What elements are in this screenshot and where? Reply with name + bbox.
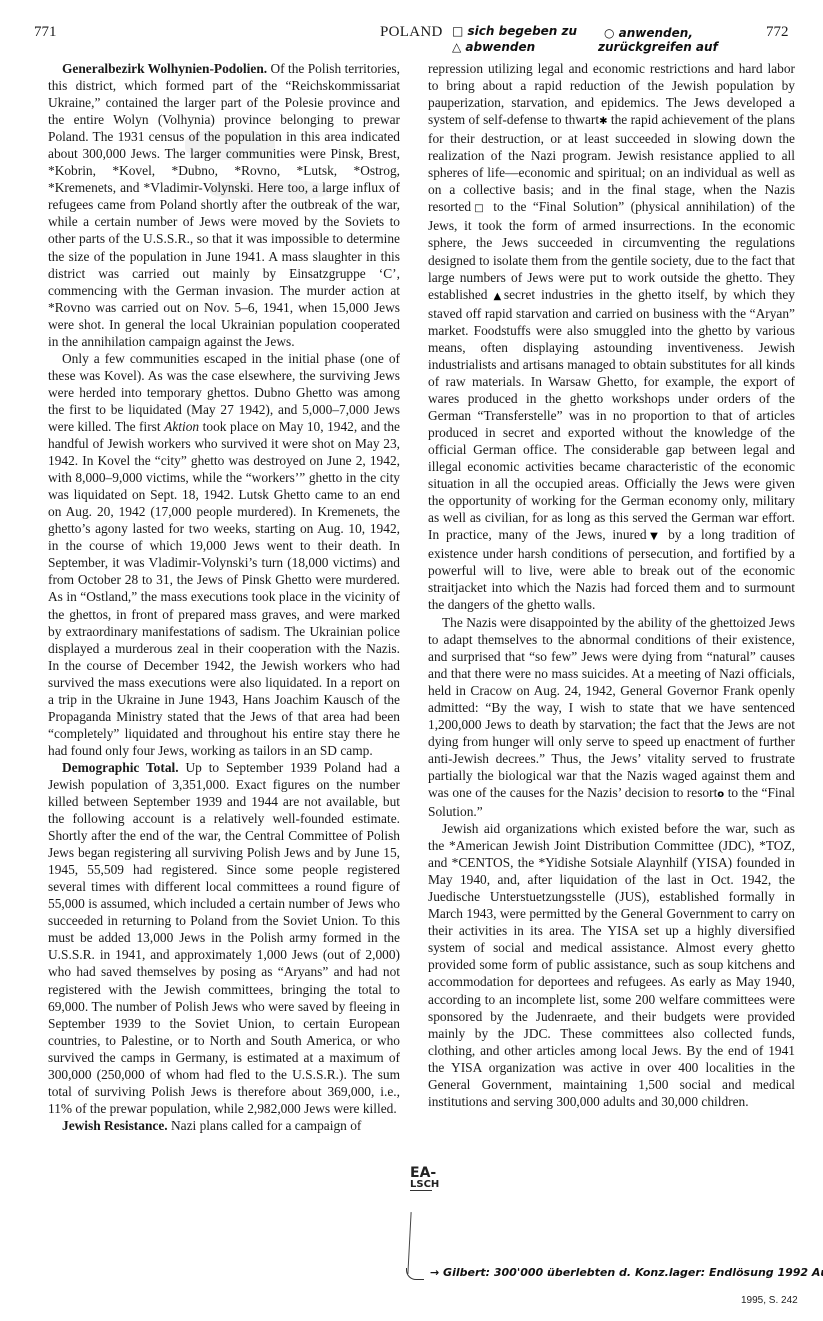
page-header: 771 POLAND □ sich begeben zu △ abwenden …: [0, 20, 823, 50]
page-number-left: 771: [34, 24, 57, 41]
paragraph-aid-organizations: Jewish aid organizations which existed b…: [428, 820, 795, 1110]
paragraph-wolhynien: Generalbezirk Wolhynien-Podolien. Of the…: [48, 60, 400, 350]
right-column: repression utilizing legal and economic …: [428, 60, 795, 1110]
paragraph-demographic-total: Demographic Total. Up to September 1939 …: [48, 759, 400, 1117]
handwritten-note-anwenden: ○ anwenden,: [604, 26, 693, 40]
square-marker-icon: □: [471, 203, 487, 214]
margin-arrow-curve-icon: [406, 1268, 424, 1280]
margin-annotation: EA- LSCH: [410, 1165, 436, 1191]
handwritten-note-sich-begeben: □ sich begeben zu: [452, 24, 577, 38]
italic-aktion: Aktion: [164, 419, 199, 434]
section-heading-demographic-total: Demographic Total.: [62, 760, 179, 775]
triangle-down-marker-icon: ▼: [647, 531, 662, 542]
handwritten-note-zurueckgreifen: zurückgreifen auf: [598, 40, 718, 54]
paragraph-jewish-resistance: Jewish Resistance. Nazi plans called for…: [48, 1117, 400, 1134]
paragraph-resistance-continued: repression utilizing legal and economic …: [428, 60, 795, 614]
section-heading-jewish-resistance: Jewish Resistance.: [62, 1118, 168, 1133]
running-title: POLAND: [380, 24, 443, 41]
paragraph-nazis-disappointed: The Nazis were disappointed by the abili…: [428, 614, 795, 821]
section-heading-wolhynien: Generalbezirk Wolhynien-Podolien.: [62, 61, 267, 76]
page-number-right: 772: [766, 24, 789, 41]
left-column: Generalbezirk Wolhynien-Podolien. Of the…: [48, 60, 400, 1134]
handwritten-note-abwenden: △ abwenden: [452, 40, 535, 54]
margin-bracket-line: [407, 1212, 411, 1274]
handwritten-footnote: → Gilbert: 300'000 überlebten d. Konz.la…: [430, 1266, 823, 1279]
star-marker-icon: ✱: [599, 116, 607, 127]
paragraph-ghettos: Only a few communities escaped in the in…: [48, 350, 400, 759]
margin-annotation-line2: LSCH: [410, 1179, 432, 1191]
triangle-marker-icon: ▲: [494, 291, 504, 302]
source-citation: 1995, S. 242: [741, 1295, 798, 1306]
